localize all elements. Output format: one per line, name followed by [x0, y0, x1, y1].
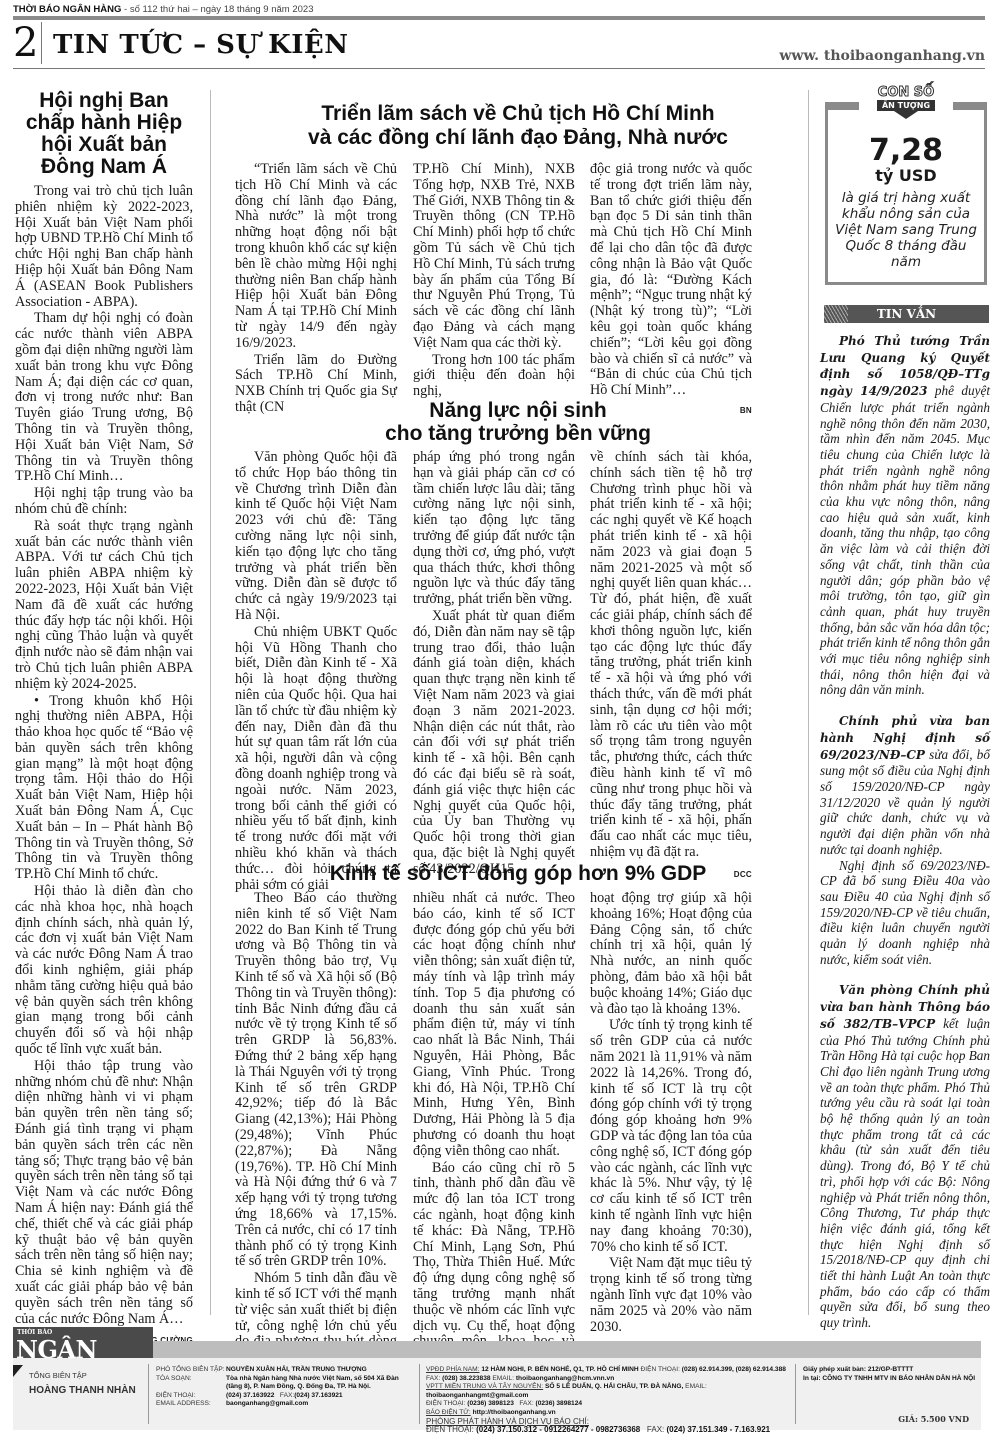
paragraph: Trong vai trò chủ tịch luân phiên nhiệm …	[15, 184, 193, 310]
paragraph: Văn phòng Quốc hội đã tổ chức Họp báo th…	[235, 450, 397, 624]
article-column: về chính sách tài khóa, chính sách tiền …	[590, 450, 752, 883]
paragraph: “Triển lãm sách về Chủ tịch Hồ Chí Minh …	[235, 162, 397, 352]
label: FAX:	[280, 1392, 294, 1401]
paragraph: độc giả trong nước và quốc tế trong đợt …	[590, 162, 752, 399]
label: ĐIỆN THOẠI:	[426, 1425, 474, 1434]
paper-name: THỜI BÁO NGÂN HÀNG	[13, 4, 121, 15]
printer: In tại: CÔNG TY TNHH MTV IN BÁO NHÂN DÂN…	[803, 1375, 975, 1382]
paragraph: Hội thảo là diễn đàn cho các nhà khoa họ…	[15, 884, 193, 1058]
arrow-down-icon	[894, 111, 918, 119]
price: GIÁ: 5.500 VND	[898, 1415, 969, 1424]
article-column: “Triển lãm sách về Chủ tịch Hồ Chí Minh …	[235, 162, 397, 417]
article-column: Theo Báo cáo thường niên kinh tế số Việt…	[235, 891, 397, 1367]
divider	[795, 1364, 796, 1424]
paragraph: về chính sách tài khóa, chính sách tiền …	[590, 450, 752, 861]
article-column: TP.Hồ Chí Minh), NXB Tổng hợp, NXB Trẻ, …	[413, 162, 575, 401]
colophon: THỜI BÁO NGÂN HÀNG TỔNG BIÊN TẬP HOÀNG T…	[13, 1324, 985, 1435]
divider	[41, 22, 42, 64]
label: VPTT MIỀN TRUNG VÀ TÂY NGUYÊN:	[426, 1383, 543, 1390]
section-title: TIN TỨC – SỰ KIỆN	[53, 30, 349, 60]
license: Giấy phép xuất bản: 212/GP-BTTTT	[803, 1366, 913, 1373]
branch-offices-info: VPĐD PHÍA NAM: 12 HÀM NGHI, P. BẾN NGHÉ,…	[426, 1366, 786, 1435]
issue-info: - số 112 thứ hai – ngày 18 tháng 9 năm 2…	[121, 4, 313, 15]
article-column: pháp ứng phó trong ngắn hạn và giải pháp…	[413, 450, 575, 879]
fax: (024) 37.163921	[294, 1392, 342, 1401]
section-label: TIN VẮN	[877, 307, 936, 321]
paragraph: Trong hơn 100 tác phẩm giới thiệu đến đo…	[413, 353, 575, 400]
column-divider	[210, 90, 211, 1315]
distribution-fax: (024) 37.151.349 - 7.163.921	[666, 1425, 770, 1434]
footer-bar	[153, 1341, 981, 1358]
email-link[interactable]: baonganhang@gmail.com	[226, 1400, 308, 1409]
license-info: Giấy phép xuất bản: 212/GP-BTTTT In tại:…	[803, 1366, 978, 1383]
article-headline: Triển lãm sách về Chủ tịch Hồ Chí Minh v…	[228, 102, 808, 150]
label: TÒA SOẠN:	[156, 1375, 226, 1392]
headline-line: Năng lực nội sinh	[228, 399, 808, 422]
brief-news-item: Phó Thủ tướng Trần Lưu Quang ký Quyết đị…	[820, 333, 990, 698]
article-headline: Kinh tế số ICT đóng góp hơn 9% GDP	[228, 862, 808, 886]
website-link[interactable]: www. thoibaonganhang.vn	[779, 48, 985, 64]
box-top-bar	[825, 102, 859, 110]
article-column: hoạt động trợ giúp xã hội khoảng 16%; Ho…	[590, 891, 752, 1357]
paragraph: hoạt động trợ giúp xã hội khoảng 16%; Ho…	[590, 891, 752, 1017]
paragraph: Rà soát thực trạng ngành xuất bản các nư…	[15, 519, 193, 693]
article-headline: Năng lực nội sinh cho tăng trưởng bền vữ…	[228, 399, 808, 445]
paragraph: Theo Báo cáo thường niên kinh tế số Việt…	[235, 891, 397, 1270]
label: BÁO ĐIỆN TỬ:	[426, 1409, 471, 1416]
brief-news-column: Phó Thủ tướng Trần Lưu Quang ký Quyết đị…	[820, 333, 990, 1346]
key-figure-badge: CON SỐ ẤN TƯỢNG	[873, 86, 939, 119]
label: EMAIL:	[492, 1375, 514, 1382]
article-headline: Hội nghị Ban chấp hành Hiệp hội Xuất bản…	[15, 90, 193, 178]
brief-body: sửa đổi, bổ sung một số điều của Nghị đị…	[820, 747, 990, 857]
article-abpa: Hội nghị Ban chấp hành Hiệp hội Xuất bản…	[15, 90, 193, 1349]
south-address: 12 HÀM NGHI, P. BẾN NGHÉ, Q1, TP. HỒ CHÍ…	[481, 1366, 638, 1373]
central-fax: (0236) 3898124	[536, 1400, 583, 1407]
central-address: SỐ 5 LÊ DUẨN, Q. HẢI CHÂU, TP. ĐÀ NẴNG,	[545, 1383, 683, 1390]
paragraph: • Trong khuôn khổ Hội nghị thường niên A…	[15, 694, 193, 884]
key-figure-unit: tỷ USD	[828, 166, 984, 185]
paragraph: Tham dự hội nghị có đoàn các nước thành …	[15, 311, 193, 485]
column-divider	[808, 90, 809, 1315]
key-figure-description: là giá trị hàng xuất khẩu nông sản của V…	[832, 190, 980, 270]
article-column: Văn phòng Quốc hội đã tổ chức Họp báo th…	[235, 450, 397, 894]
label: FAX:	[426, 1375, 440, 1382]
headline-line: và các đồng chí lãnh đạo Đảng, Nhà nước	[228, 126, 808, 150]
badge-line: CON SỐ	[873, 86, 939, 100]
headline-line: cho tăng trưởng bền vững	[228, 422, 808, 445]
office-address: Tòa nhà Ngân hàng Nhà nước Việt Nam, số …	[226, 1375, 406, 1392]
article-column: nhiều nhất cả nước. Theo báo cáo, kinh t…	[413, 891, 575, 1383]
online-link[interactable]: http://thoibaonganhang.vn	[473, 1409, 556, 1416]
header-rule	[13, 16, 985, 20]
paragraph: nhiều nhất cả nước. Theo báo cáo, kinh t…	[413, 891, 575, 1160]
distribution-phone: (024) 37.150.312 - 0912264277 - 09827363…	[476, 1425, 640, 1434]
footer-body: TỔNG BIÊN TẬP HOÀNG THANH NHÀN PHÓ TỔNG …	[13, 1358, 981, 1430]
brief-body: Nghị định số 69/2023/NĐ-CP đã bổ sung Đi…	[820, 858, 990, 968]
label: ĐIỆN THOẠI:	[641, 1366, 680, 1373]
deputy-names: NGUYỄN XUÂN HẢI, TRẦN TRUNG THƯỢNG	[226, 1366, 367, 1375]
paragraph: Hội thảo tập trung vào những nhóm chủ đề…	[15, 1059, 193, 1328]
central-phone: (0236) 3898123	[467, 1400, 514, 1407]
label: PHÓ TỔNG BIÊN TẬP:	[156, 1366, 226, 1375]
brief-news-item: Chính phủ vừa ban hành Nghị định số 69/2…	[820, 713, 990, 967]
central-email-link[interactable]: thoibaonganhangmt@gmail.com	[426, 1392, 528, 1399]
article-column: độc giả trong nước và quốc tế trong đợt …	[590, 162, 752, 419]
south-email-link[interactable]: thoibaonganhang@hcm.vnn.vn	[516, 1375, 614, 1382]
label: FAX:	[519, 1400, 533, 1407]
label: EMAIL:	[685, 1383, 707, 1390]
label: VPĐD PHÍA NAM:	[426, 1366, 480, 1373]
editor-name: HOÀNG THANH NHÀN	[29, 1387, 136, 1396]
paragraph: Xuất phát từ quan điểm đó, Diễn đàn năm …	[413, 609, 575, 878]
header-bottom-rule	[13, 68, 985, 69]
page-number: 2	[13, 22, 38, 64]
south-fax: (028) 38.223838	[442, 1375, 490, 1382]
brief-body: phê duyệt Chiến lược phát triển ngành ng…	[820, 383, 990, 697]
box-top-bar	[953, 102, 987, 110]
paragraph: Chủ nhiệm UBKT Quốc hội Vũ Hồng Thanh ch…	[235, 625, 397, 894]
badge-line: ẤN TƯỢNG	[877, 100, 935, 111]
brief-news-item: Văn phòng Chính phủ vừa ban hành Thông b…	[820, 982, 990, 1330]
paragraph: Ước tính tỷ trọng kinh tế số trên GDP củ…	[590, 1018, 752, 1255]
paragraph: TP.Hồ Chí Minh), NXB Tổng hợp, NXB Trẻ, …	[413, 162, 575, 352]
logo-corner-triangle	[13, 1365, 23, 1377]
brief-news-header: TIN VẮN	[824, 305, 989, 323]
divider	[419, 1364, 420, 1424]
brief-body: kết luận của Phó Thủ tướng Chính phủ Trầ…	[820, 1016, 990, 1330]
editor-in-chief: TỔNG BIÊN TẬP HOÀNG THANH NHÀN	[29, 1372, 136, 1395]
headline-line: Triển lãm sách về Chủ tịch Hồ Chí Minh	[228, 102, 808, 126]
divider	[148, 1364, 149, 1424]
label: EMAIL ADDRESS:	[156, 1400, 226, 1409]
label: ĐIỆN THOẠI:	[426, 1400, 465, 1407]
label: ĐIỆN THOẠI:	[156, 1392, 226, 1401]
label: FAX:	[647, 1425, 664, 1434]
editor-label: TỔNG BIÊN TẬP	[29, 1372, 136, 1381]
paragraph: pháp ứng phó trong ngắn hạn và giải pháp…	[413, 450, 575, 608]
head-office-info: PHÓ TỔNG BIÊN TẬP:NGUYỄN XUÂN HẢI, TRẦN …	[156, 1366, 406, 1409]
paragraph: Hội nghị tập trung vào ba nhóm chủ đề ch…	[15, 486, 193, 518]
phone: (024) 37.163922	[226, 1392, 274, 1401]
key-figure-number: 7,28	[828, 135, 984, 167]
masthead-line: THỜI BÁO NGÂN HÀNG - số 112 thứ hai – ng…	[13, 4, 314, 15]
south-phone: (028) 62.914.399, (028) 62.914.388	[682, 1366, 786, 1373]
